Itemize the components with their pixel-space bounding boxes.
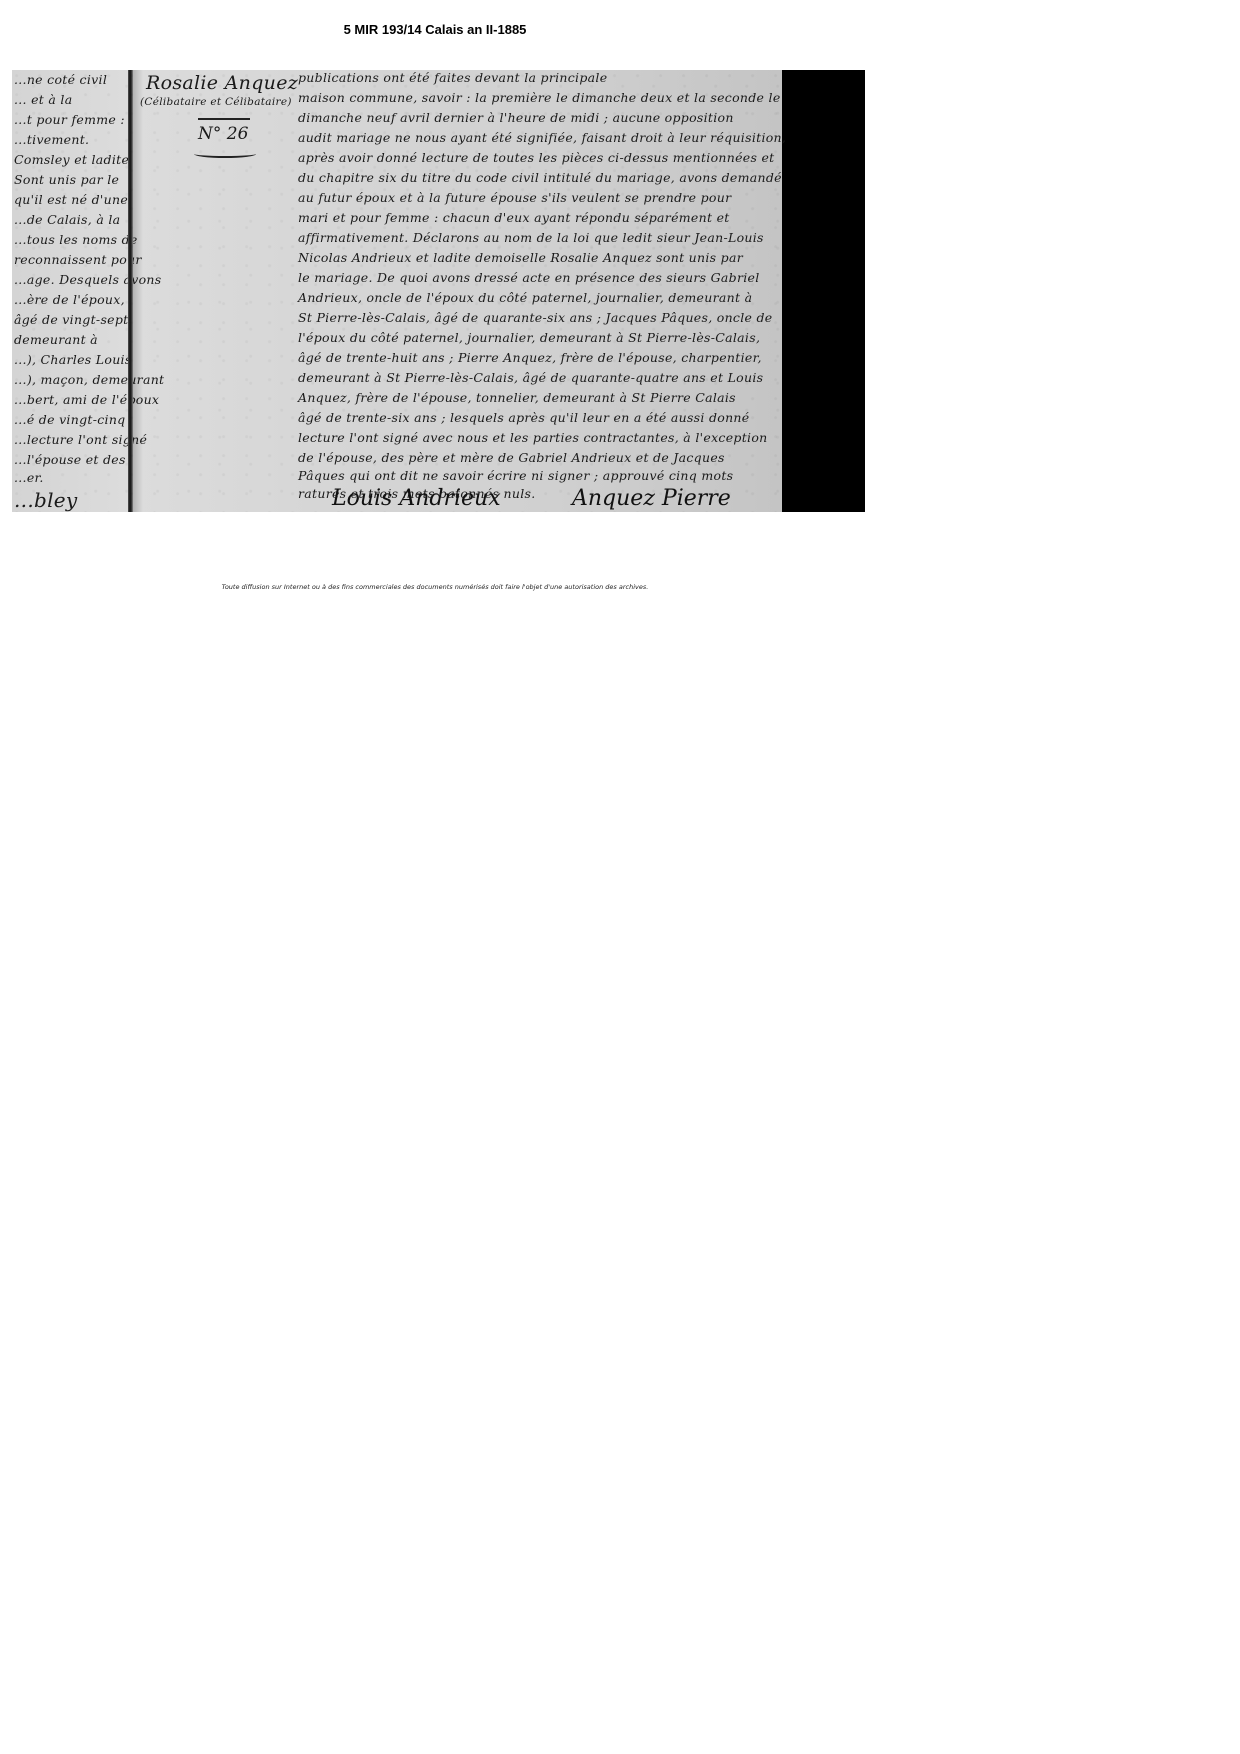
left-line: ...ne coté civil [14, 72, 107, 87]
scanned-register-image: ...ne coté civil ... et à la ...t pour f… [12, 70, 865, 512]
margin-rule-line [198, 118, 250, 120]
left-line: ...er. [14, 470, 44, 485]
left-line: ... et à la [14, 92, 72, 107]
fold-shadow [133, 70, 143, 512]
left-line: ...lecture l'ont signé [14, 432, 147, 447]
left-line: ...bert, ami de l'époux [14, 392, 159, 407]
body-line: âgé de trente-huit ans ; Pierre Anquez, … [298, 350, 762, 365]
body-line: au futur époux et à la future épouse s'i… [298, 190, 731, 205]
body-line: ratures et trois mots batonnés nuls. [298, 486, 536, 501]
body-line: après avoir donné lecture de toutes les … [298, 150, 775, 165]
left-line: ...tous les noms de [14, 232, 138, 247]
body-line: du chapitre six du titre du code civil i… [298, 170, 782, 185]
signature-witness: Anquez Pierre [572, 486, 731, 511]
left-line: ...é de vingt-cinq [14, 412, 125, 427]
left-line: ...de Calais, à la [14, 212, 120, 227]
left-line: âgé de vingt-sept [14, 312, 129, 327]
left-line: ...t pour femme : [14, 112, 125, 127]
body-line: demeurant à St Pierre-lès-Calais, âgé de… [298, 370, 763, 385]
copyright-notice: Toute diffusion sur Internet ou à des fi… [0, 583, 870, 591]
body-line: maison commune, savoir : la première le … [298, 90, 781, 105]
left-line: demeurant à [14, 332, 98, 347]
body-line: lecture l'ont signé avec nous et les par… [298, 430, 768, 445]
left-signature-fragment: ...bley [14, 488, 78, 512]
body-line: Pâques qui ont dit ne savoir écrire ni s… [298, 468, 733, 483]
body-line: audit mariage ne nous ayant été signifié… [298, 130, 786, 145]
left-line: qu'il est né d'une [14, 192, 128, 207]
act-number: N° 26 [198, 124, 248, 144]
body-line: dimanche neuf avril dernier à l'heure de… [298, 110, 734, 125]
body-line: Nicolas Andrieux et ladite demoiselle Ro… [298, 250, 743, 265]
left-line: ...age. Desquels avons [14, 272, 162, 287]
left-line: ...), Charles Louis [14, 352, 132, 367]
left-line: ...tivement. [14, 132, 89, 147]
margin-name: Rosalie Anquez [146, 72, 298, 94]
body-line: de l'épouse, des père et mère de Gabriel… [298, 450, 725, 465]
left-line: reconnaissent pour [14, 252, 142, 267]
page-fold-binding [128, 70, 133, 512]
page-title: 5 MIR 193/14 Calais an II-1885 [0, 22, 870, 37]
left-line: ...l'épouse et des [14, 452, 126, 467]
signature-groom: Louis Andrieux [332, 486, 501, 511]
body-line: le mariage. De quoi avons dressé acte en… [298, 270, 760, 285]
body-line: mari et pour femme : chacun d'eux ayant … [298, 210, 730, 225]
paper-sheet: ...ne coté civil ... et à la ...t pour f… [12, 70, 782, 512]
body-line: Anquez, frère de l'épouse, tonnelier, de… [298, 390, 736, 405]
margin-status: (Célibataire et Célibataire) [140, 96, 292, 108]
body-line: Andrieux, oncle de l'époux du côté pater… [298, 290, 752, 305]
body-line: St Pierre-lès-Calais, âgé de quarante-si… [298, 310, 773, 325]
body-line: l'époux du côté paternel, journalier, de… [298, 330, 760, 345]
margin-annotation: Rosalie Anquez (Célibataire et Célibatai… [136, 70, 286, 512]
left-line: Comsley et ladite [14, 152, 129, 167]
body-line: publications ont été faites devant la pr… [298, 70, 607, 85]
left-line: ...), maçon, demeurant [14, 372, 164, 387]
left-line: Sont unis par le [14, 172, 119, 187]
left-line: ...ère de l'époux, [14, 292, 125, 307]
body-line: affirmativement. Déclarons au nom de la … [298, 230, 764, 245]
margin-flourish [194, 150, 256, 158]
body-line: âgé de trente-six ans ; lesquels après q… [298, 410, 749, 425]
